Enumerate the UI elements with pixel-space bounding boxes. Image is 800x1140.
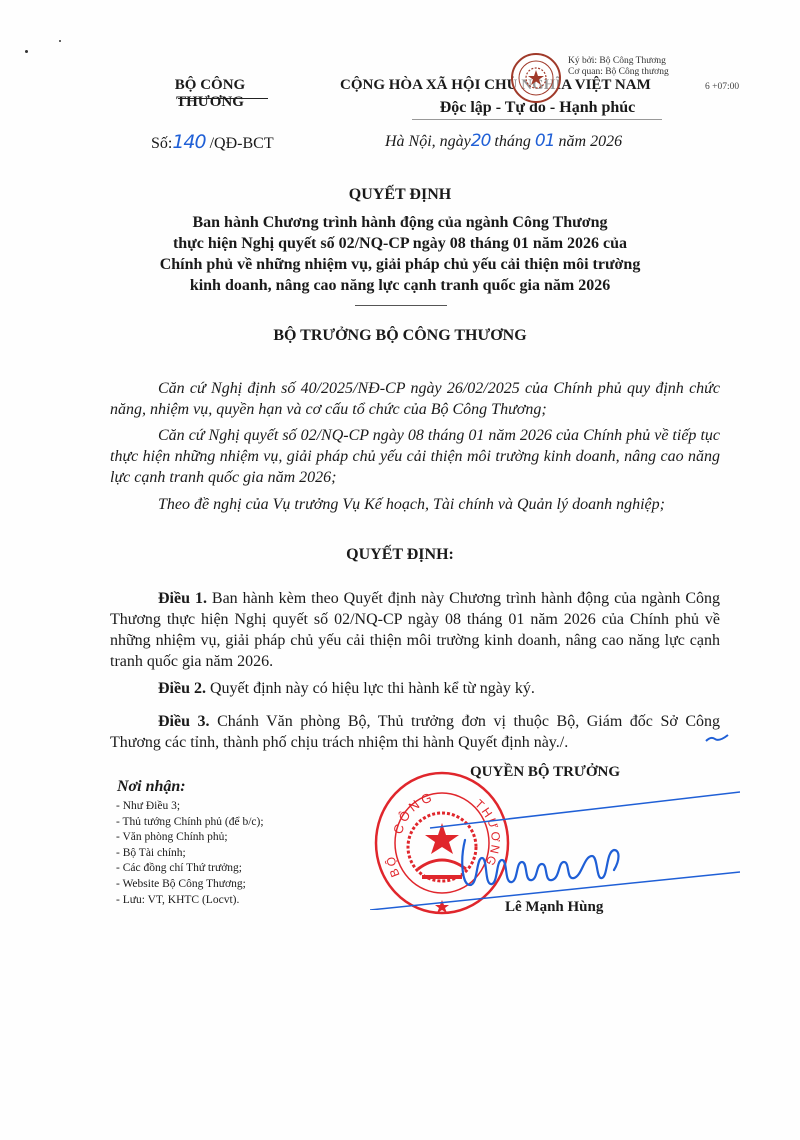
subtitle-line: Chính phủ về những nhiệm vụ, giải pháp c… bbox=[100, 254, 700, 275]
date-year: năm 2026 bbox=[555, 133, 623, 150]
recipients-list: - Như Điều 3; - Thủ tướng Chính phủ (để … bbox=[116, 799, 264, 908]
article-3: Điều 3. Chánh Văn phòng Bộ, Thủ trưởng đ… bbox=[110, 711, 720, 753]
document-subtitle: Ban hành Chương trình hành động của ngàn… bbox=[100, 212, 700, 296]
digital-signature-time: 6 +07:00 bbox=[705, 82, 739, 92]
article-label: Điều 3. bbox=[158, 713, 210, 730]
recipient-item: - Thủ tướng Chính phủ (để b/c); bbox=[116, 815, 264, 831]
article-label: Điều 1. bbox=[158, 590, 207, 607]
subtitle-line: Ban hành Chương trình hành động của ngàn… bbox=[100, 212, 700, 233]
preamble-paragraph: Căn cứ Nghị định số 40/2025/NĐ-CP ngày 2… bbox=[110, 378, 720, 420]
issuing-authority: BỘ TRƯỞNG BỘ CÔNG THƯƠNG bbox=[0, 327, 800, 345]
digital-seal-icon bbox=[510, 52, 562, 104]
handwritten-signature-icon bbox=[370, 790, 740, 910]
document-title: QUYẾT ĐỊNH bbox=[0, 186, 800, 204]
scan-speck bbox=[25, 50, 28, 53]
digital-signature-info: Ký bởi: Bộ Công Thương Cơ quan: Bộ Công … bbox=[568, 56, 669, 78]
decision-heading: QUYẾT ĐỊNH: bbox=[0, 546, 800, 564]
recipient-item: - Văn phòng Chính phủ; bbox=[116, 830, 264, 846]
document-page: BỘ CÔNG THƯƠNG Số:140 /QĐ-BCT CỘNG HÒA X… bbox=[0, 0, 800, 1140]
signature-title: QUYỀN BỘ TRƯỞNG bbox=[470, 764, 620, 781]
subtitle-line: kinh doanh, nâng cao năng lực cạnh tranh… bbox=[100, 275, 700, 296]
signer-name: Lê Mạnh Hùng bbox=[505, 899, 603, 916]
date-month-handwritten: 01 bbox=[535, 131, 555, 151]
motto-underline bbox=[412, 119, 662, 120]
date-day-handwritten: 20 bbox=[471, 131, 491, 151]
document-number-handwritten: 140 bbox=[172, 131, 205, 153]
scan-speck bbox=[59, 40, 61, 42]
document-number: Số:140 /QĐ-BCT bbox=[151, 131, 274, 153]
recipient-item: - Lưu: VT, KHTC (Locvt). bbox=[116, 893, 264, 909]
recipients-title: Nơi nhận: bbox=[117, 778, 186, 796]
subtitle-line: thực hiện Nghị quyết số 02/NQ-CP ngày 08… bbox=[100, 233, 700, 254]
article-label: Điều 2. bbox=[158, 680, 206, 697]
recipient-item: - Các đồng chí Thứ trưởng; bbox=[116, 861, 264, 877]
issuing-body: BỘ CÔNG THƯƠNG bbox=[140, 77, 280, 111]
document-number-suffix: /QĐ-BCT bbox=[206, 135, 274, 152]
preamble-paragraph: Theo đề nghị của Vụ trưởng Vụ Kế hoạch, … bbox=[110, 494, 720, 515]
recipient-item: - Bộ Tài chính; bbox=[116, 846, 264, 862]
issuing-body-underline bbox=[178, 98, 268, 99]
article-text: Quyết định này có hiệu lực thi hành kể t… bbox=[206, 680, 535, 697]
digital-signature-signed-by: Ký bởi: Bộ Công Thương bbox=[568, 56, 669, 67]
article-2: Điều 2. Quyết định này có hiệu lực thi h… bbox=[110, 678, 720, 699]
article-1: Điều 1. Ban hành kèm theo Quyết định này… bbox=[110, 588, 720, 672]
document-number-prefix: Số: bbox=[151, 135, 172, 152]
digital-signature-agency: Cơ quan: Bộ Công thương bbox=[568, 67, 669, 78]
preamble-paragraph: Căn cứ Nghị quyết số 02/NQ-CP ngày 08 th… bbox=[110, 425, 720, 488]
recipient-item: - Như Điều 3; bbox=[116, 799, 264, 815]
recipient-item: - Website Bộ Công Thương; bbox=[116, 877, 264, 893]
title-divider bbox=[355, 305, 447, 306]
place-and-date: Hà Nội, ngày20 tháng 01 năm 2026 bbox=[385, 131, 622, 151]
date-month-label: tháng bbox=[490, 133, 534, 150]
initial-mark-icon bbox=[705, 733, 729, 743]
date-prefix: Hà Nội, ngày bbox=[385, 133, 471, 150]
